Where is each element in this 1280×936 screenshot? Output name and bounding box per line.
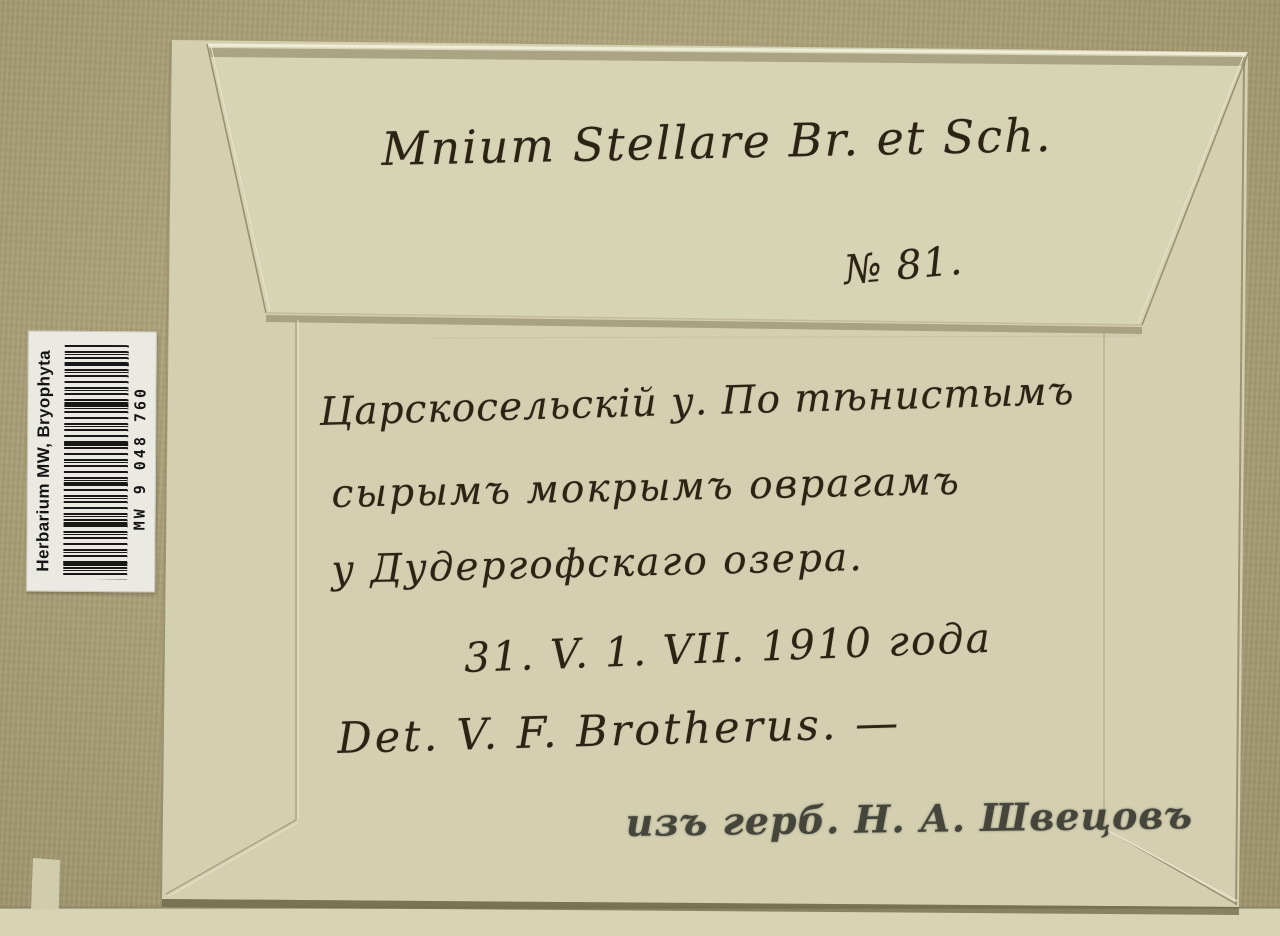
envelope-flap xyxy=(207,44,1248,325)
mount-sheet-left-strip xyxy=(30,858,60,936)
barcode-number-text: MW 9 048 760 xyxy=(131,340,150,530)
barcode-icon xyxy=(63,345,129,579)
herbarium-photo: { "photo": { "description": "Photograph … xyxy=(0,0,1280,936)
pencil-note-handwriting: изъ герб. Н. А. Швецовъ xyxy=(625,792,1193,845)
herbarium-collection-text: Herbarium MW, Bryophyta xyxy=(30,332,58,591)
herbarium-barcode-label: Herbarium MW, Bryophyta MW 9 048 760 xyxy=(26,331,157,593)
